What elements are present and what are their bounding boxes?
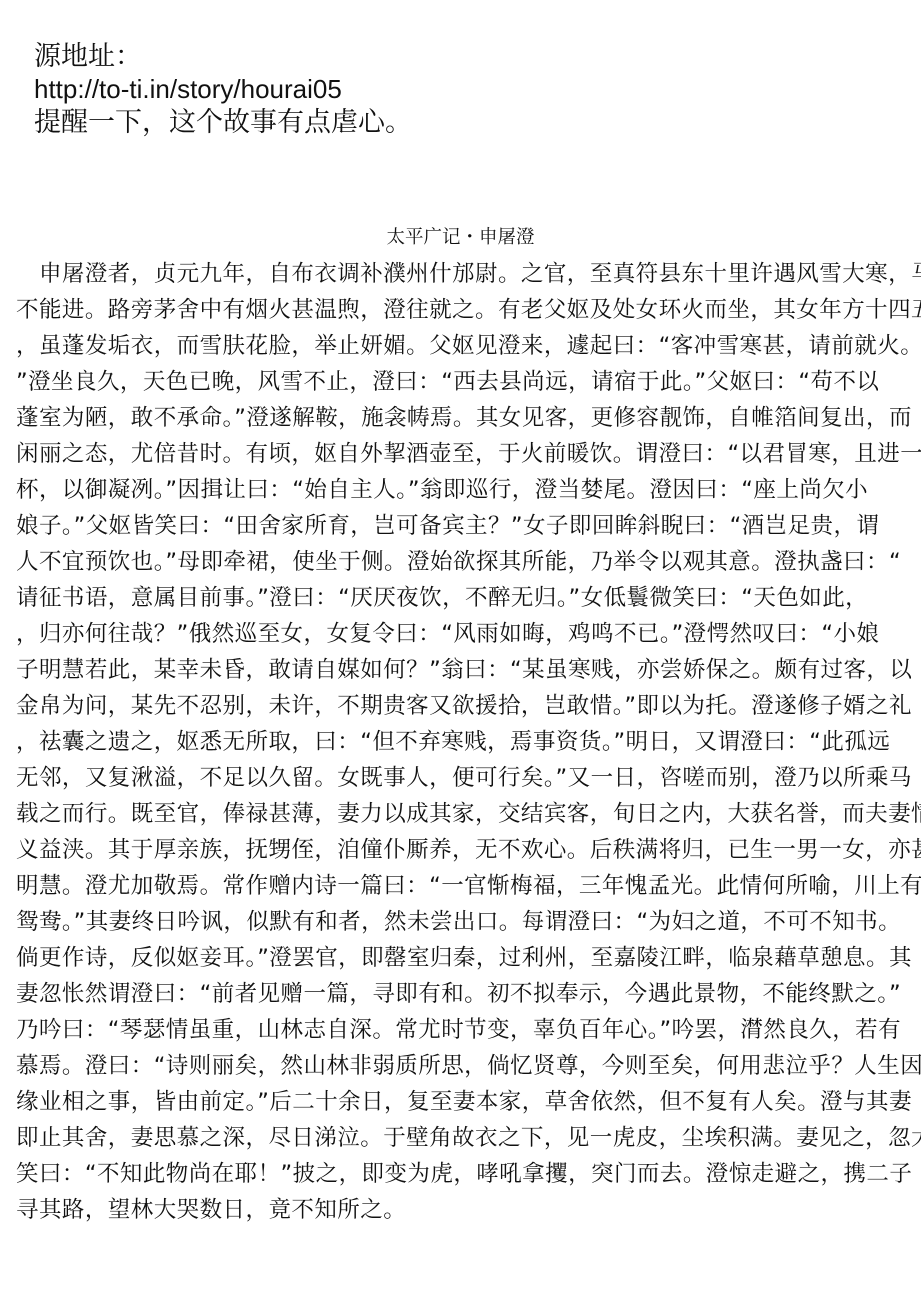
body-line: 慕焉。澄曰：“诗则丽矣，然山林非弱质所思，倘忆贤尊，今则至矣，何用悲泣乎？人生因: [16, 1048, 906, 1084]
body-line: ，虽蓬发垢衣，而雪肤花脸，举止妍媚。父妪见澄来，遽起曰：“客冲雪寒甚，请前就火。: [16, 328, 906, 364]
body-line: 乃吟曰：“琴瑟情虽重，山林志自深。常尤时节变，辜负百年心。”吟罢，潸然良久，若有: [16, 1012, 906, 1048]
body-line: ”澄坐良久，天色已晚，风雪不止，澄曰：“西去县尚远，请宿于此。”父妪曰：“苟不以: [16, 364, 906, 400]
body-line: 寻其路，望林大哭数日，竟不知所之。: [16, 1192, 906, 1228]
body-line: 不能进。路旁茅舍中有烟火甚温煦，澄往就之。有老父妪及处女环火而坐，其女年方十四五: [16, 292, 906, 328]
warning-text: 提醒一下，这个故事有点虐心。: [34, 106, 412, 139]
body-line: 金帛为问，某先不忍别，未许，不期贵客又欲援拾，岂敢惜。”即以为托。澄遂修子婿之礼: [16, 688, 906, 724]
body-line: 无邻，又复湫溢，不足以久留。女既事人，便可行矣。”又一日，咨嗟而别，澄乃以所乘马: [16, 760, 906, 796]
body-line: 杯，以御凝冽。”因揖让曰：“始自主人。”翁即巡行，澄当婪尾。澄因曰：“座上尚欠小: [16, 472, 906, 508]
body-line: 蓬室为陋，敢不承命。”澄遂解鞍，施衾帱焉。其女见客，更修容靓饰，自帷箔间复出，而: [16, 400, 906, 436]
body-line: 缘业相之事，皆由前定。”后二十余日，复至妻本家，草舍依然，但不复有人矣。澄与其妻: [16, 1084, 906, 1120]
body-line: 鸳鸯。”其妻终日吟讽，似默有和者，然未尝出口。每谓澄曰：“为妇之道，不可不知书。: [16, 904, 906, 940]
source-note: 源地址： http://to-ti.in/story/hourai05 提醒一下…: [34, 40, 412, 139]
article-title: 太平广记・申屠澄: [0, 226, 921, 250]
body-line: 子明慧若此，某幸未昏，敢请自媒如何？”翁曰：“某虽寒贱，亦尝娇保之。颇有过客，以: [16, 652, 906, 688]
source-url: http://to-ti.in/story/hourai05: [34, 73, 412, 106]
body-line: 倘更作诗，反似妪妾耳。”澄罢官，即罄室归秦，过利州，至嘉陵江畔，临泉藉草憩息。其: [16, 940, 906, 976]
article-body: 申屠澄者，贞元九年，自布衣调补濮州什邡尉。之官，至真符县东十里许遇风雪大寒，马 …: [16, 256, 906, 1228]
body-line: 请征书语，意属目前事。”澄曰：“厌厌夜饮，不醉无归。”女低鬟微笑曰：“天色如此，: [16, 580, 906, 616]
body-line: 申屠澄者，贞元九年，自布衣调补濮州什邡尉。之官，至真符县东十里许遇风雪大寒，马: [16, 256, 906, 292]
body-line: 笑曰：“不知此物尚在耶！”披之，即变为虎，哮吼拿攫，突门而去。澄惊走避之，携二子: [16, 1156, 906, 1192]
body-line: 载之而行。既至官，俸禄甚薄，妻力以成其家，交结宾客，旬日之内，大获名誉，而夫妻情: [16, 796, 906, 832]
body-line: 人不宜预饮也。”母即牵裙，使坐于侧。澄始欲探其所能，乃举令以观其意。澄执盏曰：“: [16, 544, 906, 580]
body-line: 即止其舍，妻思慕之深，尽日涕泣。于壁角故衣之下，见一虎皮，尘埃积满。妻见之，忽大: [16, 1120, 906, 1156]
body-line: 明慧。澄尤加敬焉。常作赠内诗一篇曰：“一官惭梅福，三年愧孟光。此情何所喻，川上有: [16, 868, 906, 904]
body-line: 妻忽怅然谓澄曰：“前者见赠一篇，寻即有和。初不拟奉示，今遇此景物，不能终默之。”: [16, 976, 906, 1012]
body-line: 闲丽之态，尤倍昔时。有顷，妪自外挈酒壶至，于火前暖饮。谓澄曰：“以君冒寒，且进一: [16, 436, 906, 472]
body-line: 娘子。”父妪皆笑曰：“田舍家所育，岂可备宾主？”女子即回眸斜睨曰：“酒岂足贵，谓: [16, 508, 906, 544]
body-line: ，归亦何往哉？”俄然巡至女，女复令曰：“风雨如晦，鸡鸣不已。”澄愕然叹曰：“小娘: [16, 616, 906, 652]
body-line: ，祛囊之遗之，妪悉无所取，曰：“但不弃寒贱，焉事资货。”明日，又谓澄曰：“此孤远: [16, 724, 906, 760]
body-line: 义益浃。其于厚亲族，抚甥侄，洎僮仆厮养，无不欢心。后秩满将归，已生一男一女，亦甚: [16, 832, 906, 868]
source-label: 源地址：: [34, 40, 412, 73]
